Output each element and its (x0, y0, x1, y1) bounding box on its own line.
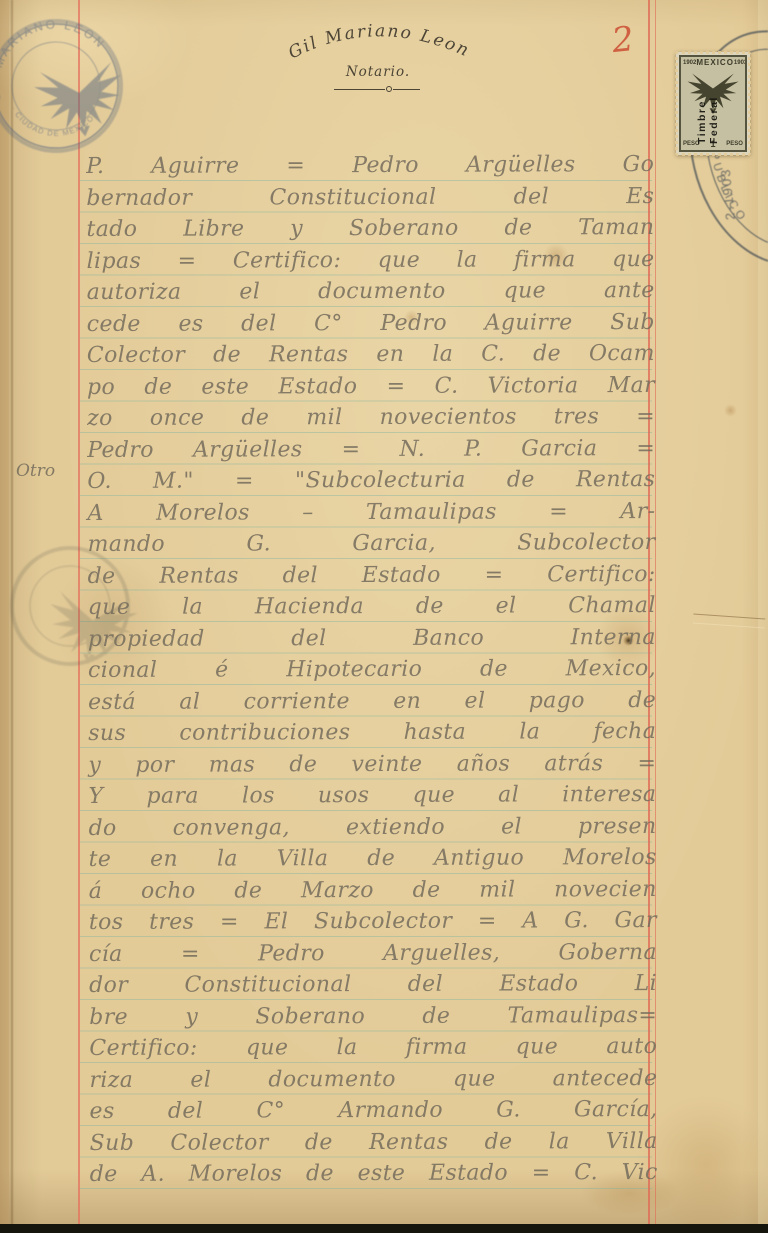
svg-text:Gil Mariano Leon: Gil Mariano Leon (285, 21, 473, 63)
manuscript-line: O. M." = "Subcolecturia de Rentas (87, 467, 655, 500)
manuscript-line: propiedad del Banco Interna (88, 625, 656, 658)
manuscript-line: autoriza el documento que ante (87, 278, 655, 311)
manuscript-line: Sub Colector de Rentas de la Villa (90, 1129, 658, 1162)
manuscript-line: cede es del C° Pedro Aguirre Sub (87, 310, 655, 343)
manuscript-line: de Rentas del Estado = Certifico: (88, 562, 656, 595)
manuscript-line: A Morelos – Tamaulipas = Ar- (87, 499, 655, 532)
manuscript-line: riza el documento que antecede (89, 1066, 657, 1099)
manuscript-line: zo once de mil novecientos tres = (87, 404, 655, 437)
oval-seal-date: 2-1903 (718, 167, 738, 221)
manuscript-line: bre y Soberano de Tamaulipas= (89, 1003, 657, 1036)
letterhead-name: Gil Mariano Leon (285, 21, 473, 63)
paper-crease (693, 614, 766, 629)
manuscript-line: po de este Estado = C. Victoria Mar (87, 373, 655, 406)
manuscript-line: P. Aguirre = Pedro Argüelles Go (86, 152, 654, 185)
manuscript-line: y por mas de veinte años atrás = (88, 751, 656, 784)
manuscript-line: cional é Hipotecario de Mexico, (88, 656, 656, 689)
letterhead-title: Notario. (318, 64, 438, 80)
manuscript-line: mando G. Garcia, Subcolector (88, 530, 656, 563)
ornament-line (334, 89, 385, 90)
stamp-year-right: 1903 (734, 60, 747, 66)
manuscript-text: P. Aguirre = Pedro Argüelles Go bernador… (86, 152, 658, 1193)
notary-round-seal: GIL MARIANO LEON · CIUDAD DE MEXICO · (0, 8, 136, 166)
manuscript-line: do convenga, extiendo el presen (88, 814, 656, 847)
ornament-dot (386, 86, 392, 92)
scan-edge-strip (0, 1224, 768, 1233)
manuscript-line: sus contribuciones hasta la fecha (88, 719, 656, 752)
manuscript-line: está al corriente en el pago de (88, 688, 656, 721)
manuscript-line: Colector de Rentas en la C. de Ocam (87, 341, 655, 374)
manuscript-line: á ocho de Marzo de mil novecien (89, 877, 657, 910)
manuscript-line: dor Constitucional del Estado Li (89, 971, 657, 1004)
stamp-currency-right: PESO (726, 141, 743, 147)
stamp-overprint: Timbre Federal (696, 58, 720, 144)
margin-note: Otro (16, 461, 55, 481)
stamp-year-left: 1902 (683, 60, 696, 66)
revenue-stamp: 1902 MEXICO 1903 PESO 1 PESO Timbre Fede… (676, 52, 750, 155)
manuscript-line: que la Hacienda de el Chamal (88, 593, 656, 626)
manuscript-line: Certifico: que la firma que auto (89, 1034, 657, 1067)
manuscript-line: cía = Pedro Arguelles, Goberna (89, 940, 657, 973)
letterhead-ornament (334, 86, 420, 92)
manuscript-line: Y para los usos que al interesa (88, 782, 656, 815)
manuscript-line: de A. Morelos de este Estado = C. Vic (90, 1160, 658, 1193)
manuscript-line: Pedro Argüelles = N. P. Garcia = (87, 436, 655, 469)
notarial-document-page: Gil Mariano Leon Notario. 2 GIL MARIANO … (0, 0, 768, 1233)
manuscript-line: es del C° Armando G. García, (89, 1097, 657, 1130)
stain (724, 404, 737, 417)
manuscript-line: te en la Villa de Antiguo Morelos (89, 845, 657, 878)
manuscript-line: tado Libre y Soberano de Taman (86, 215, 654, 248)
manuscript-line: tos tres = El Subcolector = A G. Gar (89, 908, 657, 941)
manuscript-line: lipas = Certifico: que la firma que (87, 247, 655, 280)
manuscript-line: bernador Constitucional del Es (86, 184, 654, 217)
ornament-line (393, 89, 420, 90)
